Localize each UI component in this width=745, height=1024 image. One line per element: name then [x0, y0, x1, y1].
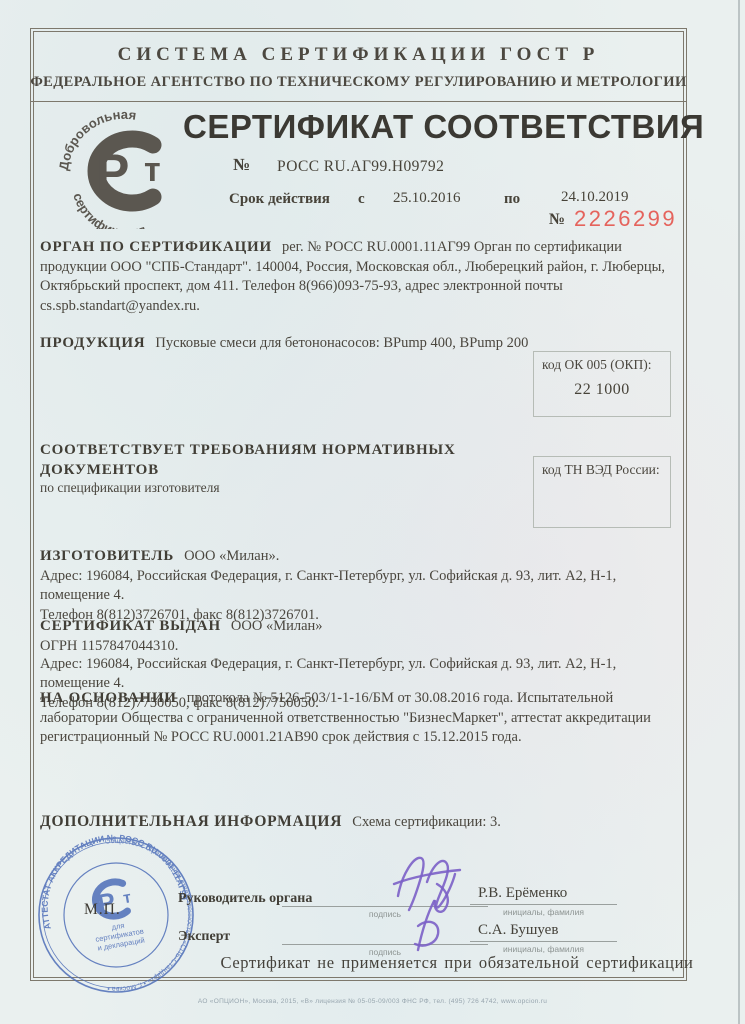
validity-to-label: по	[504, 191, 520, 208]
expert-name: С.А. Бушуев	[478, 922, 558, 939]
conformity-text: по спецификации изготовителя	[40, 480, 540, 496]
logo-letter-r: Р	[96, 144, 129, 200]
additional-info-text: Схема сертификации: 3.	[352, 814, 501, 830]
stamp-place-label: М.П.	[84, 901, 121, 919]
header-divider	[30, 101, 687, 102]
section-product: ПРОДУКЦИЯПусковые смеси для бетононасосо…	[40, 334, 530, 354]
scan-page-edge	[738, 0, 740, 1024]
cert-number-sign: №	[233, 155, 250, 175]
issued-to-ogrn: ОГРН 1157847044310.	[40, 637, 689, 655]
logo-letter-t: т	[144, 151, 161, 189]
rst-voluntary-certification-logo-icon: Добровольная сертификация Р т	[56, 105, 194, 229]
section-conformity: СООТВЕТСТВУЕТ ТРЕБОВАНИЯМ НОРМАТИВНЫХ ДО…	[40, 441, 540, 496]
tnved-code-box: код ТН ВЭД России:	[533, 456, 671, 528]
product-label: ПРОДУКЦИЯ	[40, 335, 145, 351]
blank-number-value: 2226299	[574, 206, 677, 232]
manufacturer-label: ИЗГОТОВИТЕЛЬ	[40, 548, 174, 564]
validity-from-label: с	[358, 191, 365, 208]
manufacturer-name: ООО «Милан».	[184, 548, 279, 564]
expert-name-line	[470, 941, 617, 942]
certificate-title: СЕРТИФИКАТ СООТВЕТСТВИЯ	[183, 108, 680, 146]
certification-system-title: СИСТЕМА СЕРТИФИКАЦИИ ГОСТ Р	[30, 44, 687, 66]
head-name-line	[470, 904, 617, 905]
section-manufacturer: ИЗГОТОВИТЕЛЬООО «Милан». Адрес: 196084, …	[40, 547, 689, 625]
okp-code-label: код ОК 005 (ОКП):	[542, 357, 662, 373]
head-of-body-role-label: Руководитель органа	[178, 891, 312, 907]
expert-role-label: Эксперт	[178, 929, 230, 945]
head-name: Р.В. Ерёменко	[478, 885, 567, 902]
issued-to-address: Адрес: 196084, Российская Федерация, г. …	[40, 655, 689, 694]
issued-to-name: ООО «Милан»	[231, 618, 323, 634]
expert-handwritten-signature	[403, 898, 449, 954]
validity-to-date: 24.10.2019	[561, 189, 629, 206]
conformity-label: СООТВЕТСТВУЕТ ТРЕБОВАНИЯМ НОРМАТИВНЫХ ДО…	[40, 441, 530, 480]
validity-from-date: 25.10.2016	[393, 190, 461, 207]
stamp-rst-letter-t: т	[122, 889, 133, 907]
additional-info-label: ДОПОЛНИТЕЛЬНАЯ ИНФОРМАЦИЯ	[40, 813, 342, 830]
issued-to-label: СЕРТИФИКАТ ВЫДАН	[40, 618, 221, 634]
basis-label: НА ОСНОВАНИИ	[40, 690, 177, 706]
okp-code-value: 22 1000	[542, 381, 662, 399]
okp-code-box: код ОК 005 (ОКП): 22 1000	[533, 351, 671, 417]
printing-house-imprint: АО «ОПЦИОН», Москва, 2015, «В» лицензия …	[0, 998, 745, 1005]
federal-agency-title: ФЕДЕРАЛЬНОЕ АГЕНТСТВО ПО ТЕХНИЧЕСКОМУ РЕ…	[30, 74, 687, 91]
validity-label: Срок действия	[229, 191, 330, 208]
expert-signature-line	[282, 944, 488, 945]
tnved-code-label: код ТН ВЭД России:	[542, 462, 662, 478]
head-name-caption: инициалы, фамилия	[470, 907, 617, 917]
footer-note: Сертификат не применяется при обязательн…	[212, 953, 702, 973]
blank-number-sign: №	[549, 211, 565, 229]
cert-number-value: РОСС RU.АГ99.Н09792	[277, 158, 444, 176]
product-text: Пусковые смеси для бетононасосов: BPump …	[155, 335, 528, 351]
section-basis: НА ОСНОВАНИИпротокола № 5126-503/1-1-16/…	[40, 689, 689, 748]
certification-body-label: ОРГАН ПО СЕРТИФИКАЦИИ	[40, 239, 272, 255]
section-certification-body: ОРГАН ПО СЕРТИФИКАЦИИрег. № РОСС RU.0001…	[40, 238, 689, 316]
manufacturer-address: Адрес: 196084, Российская Федерация, г. …	[40, 567, 689, 606]
